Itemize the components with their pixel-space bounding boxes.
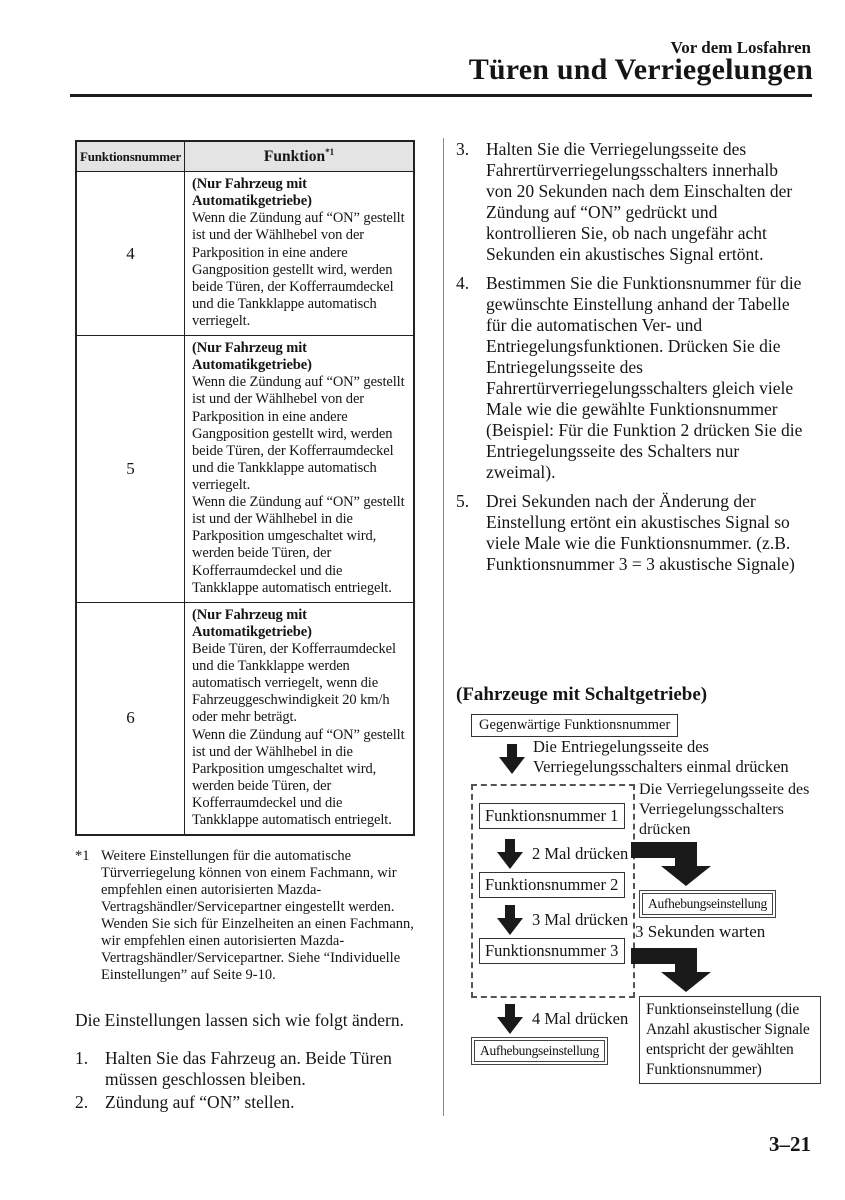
table-row: 5 (Nur Fahrzeug mit Automatikgetriebe) W… [76, 336, 414, 603]
step-number: 3. [456, 139, 486, 265]
down-arrow-icon [497, 1004, 523, 1034]
function-number-cell: 4 [76, 172, 185, 336]
cancel-setting-box-right: Aufhebungseinstellung [642, 893, 773, 915]
step-number: 1. [75, 1048, 105, 1090]
step-item: 4. Bestimmen Sie die Funktionsnummer für… [456, 273, 808, 483]
functions-table: Funktionsnummer Funktion*1 4 (Nur Fahrze… [75, 140, 415, 836]
cell-paragraph: Beide Türen, der Kofferraumdeckel und di… [192, 641, 407, 727]
lock-press-label: Die Verriegelungsseite des Verriegelungs… [639, 780, 839, 840]
cell-bold-intro: (Nur Fahrzeug mit Automatikgetriebe) [192, 340, 407, 374]
step-text: Bestimmen Sie die Funktionsnummer für di… [486, 273, 808, 483]
down-arrow-icon [499, 744, 525, 774]
step-text: Drei Sekunden nach der Änderung der Eins… [486, 491, 808, 575]
unlock-once-label: Die Entriegelungsseite des Verriegelungs… [533, 737, 833, 777]
step-text: Halten Sie die Verriegelungsseite des Fa… [486, 139, 808, 265]
step-text: Halten Sie das Fahrzeug an. Beide Türen … [105, 1048, 415, 1090]
column-divider [443, 138, 444, 1116]
function-setting-box: Funktionseinstellung (die Anzahl akustis… [639, 996, 821, 1084]
wait-3-seconds-label: 3 Sekunden warten [635, 922, 765, 942]
step-number: 4. [456, 273, 486, 483]
function-number-3-box: Funktionsnummer 3 [479, 938, 625, 964]
step-item: 3. Halten Sie die Verriegelungsseite des… [456, 139, 808, 265]
step-number: 2. [75, 1092, 105, 1113]
header-funktion: Funktion*1 [185, 141, 414, 172]
cell-paragraph: Wenn die Zündung auf “ON” gestellt ist u… [192, 374, 407, 494]
page-title: Türen und Verriegelungen [469, 53, 813, 87]
down-arrow-icon [497, 905, 523, 935]
function-number-cell: 6 [76, 602, 185, 835]
footnote-marker: *1 [75, 848, 101, 984]
step-text: Zündung auf “ON” stellen. [105, 1092, 415, 1113]
header-funktion-label: Funktion [264, 148, 325, 165]
step-number: 5. [456, 491, 486, 575]
elbow-arrow-icon [631, 946, 715, 992]
right-column: 3. Halten Sie die Verriegelungsseite des… [456, 139, 808, 583]
current-function-number-box: Gegenwärtige Funktionsnummer [471, 714, 678, 737]
down-arrow-icon [497, 839, 523, 869]
function-number-cell: 5 [76, 336, 185, 603]
elbow-arrow-icon [631, 840, 715, 886]
function-number-1-box: Funktionsnummer 1 [479, 803, 625, 829]
step-item: 5. Drei Sekunden nach der Änderung der E… [456, 491, 808, 575]
intro-paragraph: Die Einstellungen lassen sich wie folgt … [75, 1010, 405, 1032]
cell-bold-intro: (Nur Fahrzeug mit Automatikgetriebe) [192, 176, 407, 210]
footnote-text: Weitere Einstellungen für die automatisc… [101, 848, 420, 984]
function-text-cell: (Nur Fahrzeug mit Automatikgetriebe) Bei… [185, 602, 414, 835]
manual-page: Vor dem Losfahren Türen und Verriegelung… [0, 0, 845, 1200]
press-2-times-label: 2 Mal drücken [532, 844, 628, 864]
cell-paragraph: Wenn die Zündung auf “ON” gestellt ist u… [192, 727, 407, 830]
table-row: 4 (Nur Fahrzeug mit Automatikgetriebe) W… [76, 172, 414, 336]
step-item: 1. Halten Sie das Fahrzeug an. Beide Tür… [75, 1048, 415, 1090]
left-column: Funktionsnummer Funktion*1 4 (Nur Fahrze… [75, 140, 415, 1115]
header-rule [70, 94, 812, 97]
cell-paragraph: Wenn die Zündung auf “ON” gestellt ist u… [192, 494, 407, 597]
cell-bold-intro: (Nur Fahrzeug mit Automatikgetriebe) [192, 607, 407, 641]
steps-list-left: 1. Halten Sie das Fahrzeug an. Beide Tür… [75, 1048, 415, 1113]
function-number-2-box: Funktionsnummer 2 [479, 872, 625, 898]
cell-paragraph: Wenn die Zündung auf “ON” gestellt ist u… [192, 210, 407, 330]
press-3-times-label: 3 Mal drücken [532, 910, 628, 930]
cancel-setting-box-left: Aufhebungseinstellung [474, 1040, 605, 1062]
function-text-cell: (Nur Fahrzeug mit Automatikgetriebe) Wen… [185, 336, 414, 603]
function-text-cell: (Nur Fahrzeug mit Automatikgetriebe) Wen… [185, 172, 414, 336]
footnote-ref-marker: *1 [325, 147, 334, 157]
flowchart: Gegenwärtige Funktionsnummer Die Entrieg… [455, 700, 845, 1112]
table-header-row: Funktionsnummer Funktion*1 [76, 141, 414, 172]
footnote: *1 Weitere Einstellungen für die automat… [75, 848, 420, 984]
table-row: 6 (Nur Fahrzeug mit Automatikgetriebe) B… [76, 602, 414, 835]
press-4-times-label: 4 Mal drücken [532, 1009, 628, 1029]
step-item: 2. Zündung auf “ON” stellen. [75, 1092, 415, 1113]
header-funktionsnummer: Funktionsnummer [76, 141, 185, 172]
page-number: 3–21 [769, 1132, 811, 1157]
